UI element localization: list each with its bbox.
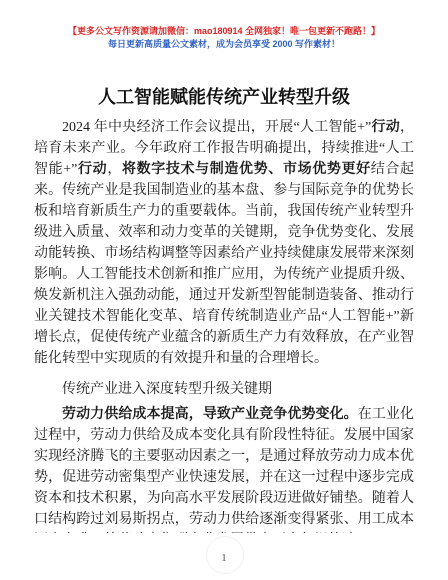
body-paragraph: 劳动力供给成本提高，导致产业竞争优势变化。在工业化过程中，劳动力供给及成本变化具… bbox=[34, 404, 414, 533]
ad-header-line-1: 【更多公文写作资源请加微信：mao180914 全网独家！唯一包更新不跑路！】 bbox=[0, 25, 448, 38]
body-paragraph: 2024 年中央经济工作会议提出，开展“人工智能+”行动，培育未来产业。今年政府… bbox=[34, 117, 414, 369]
bold-text-run: 行动 bbox=[77, 162, 107, 177]
ad-header-line-2: 每日更新高质量公文素材，成为会员享受 2000 写作素材！ bbox=[0, 38, 448, 51]
section-heading: 传统产业进入深度转型升级关键期 bbox=[34, 379, 414, 400]
ad-header: 【更多公文写作资源请加微信：mao180914 全网独家！唯一包更新不跑路！】 … bbox=[0, 0, 448, 51]
text-run: 结合起来。传统产业是我国制造业的基本盘、参与国际竞争的优势长板和培育新质生产力的… bbox=[34, 162, 414, 366]
document-title: 人工智能赋能传统产业转型升级 bbox=[34, 85, 414, 109]
text-run: ， bbox=[107, 162, 122, 177]
document-body: 2024 年中央经济工作会议提出，开展“人工智能+”行动，培育未来产业。今年政府… bbox=[34, 117, 414, 533]
document-page: 【更多公文写作资源请加微信：mao180914 全网独家！唯一包更新不跑路！】 … bbox=[0, 0, 448, 580]
bold-text-run: 将数字技术与制造优势、市场优势更好 bbox=[122, 162, 371, 177]
text-run: 在工业化过程中，劳动力供给及成本变化具有阶段性特征。发展中国家实现经济腾飞的主要… bbox=[34, 407, 414, 533]
page-number: 1 bbox=[221, 552, 227, 564]
bold-text-run: 行动 bbox=[371, 120, 400, 135]
bold-text-run: 劳动力供给成本提高，导致产业竞争优势变化。 bbox=[62, 407, 358, 422]
text-run: 2024 年中央经济工作会议提出，开展“人工智能+” bbox=[62, 120, 371, 135]
text-run: 传统产业进入深度转型升级关键期 bbox=[62, 382, 272, 397]
page-footer: 1 bbox=[0, 548, 448, 566]
